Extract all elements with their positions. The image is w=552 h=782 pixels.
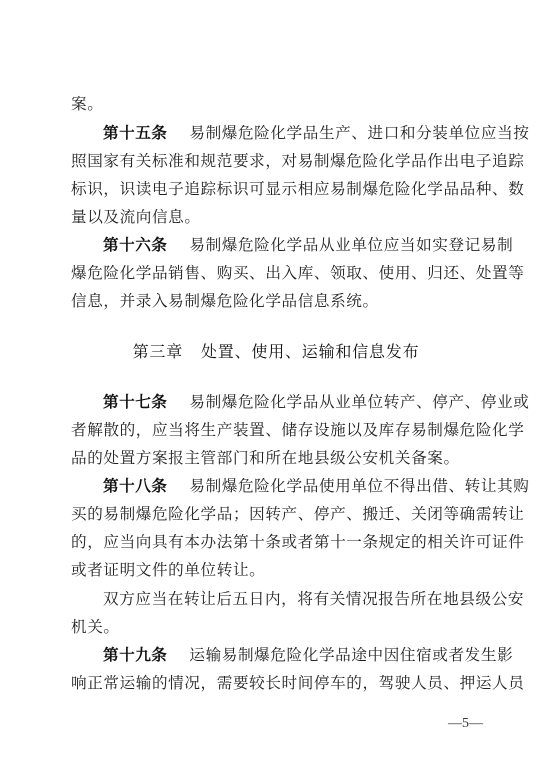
- article-18-line: 第十八条易制爆危险化学品使用单位不得出借、转让其购: [103, 475, 481, 497]
- article-17-line: 第十七条易制爆危险化学品从业单位转产、停产、停业或: [103, 391, 481, 413]
- line-text: 响正常运输的情况，需要较长时间停车的，驾驶人员、押运人员: [71, 674, 524, 692]
- text-line: 或者证明文件的单位转让。: [71, 559, 481, 581]
- text-line: 案。: [71, 93, 481, 115]
- line-text: 易制爆危险化学品从业单位应当如实登记易制: [189, 236, 513, 254]
- text-line: 信息，并录入易制爆危险化学品信息系统。: [71, 290, 481, 312]
- article-heading: 第十六条: [103, 236, 167, 254]
- article-19-line: 第十九条运输易制爆危险化学品途中因住宿或者发生影: [103, 644, 481, 666]
- article-heading: 第十九条: [103, 646, 167, 664]
- article-heading: 第十七条: [103, 393, 167, 411]
- line-text: 双方应当在转让后五日内，将有关情况报告所在地县级公安: [103, 590, 524, 608]
- text-line: 爆危险化学品销售、购买、出入库、领取、使用、归还、处置等: [71, 262, 481, 284]
- line-text: 照国家有关标准和规范要求，对易制爆危险化学品作出电子追踪: [71, 152, 524, 170]
- line-text: 信息，并录入易制爆危险化学品信息系统。: [71, 292, 379, 310]
- text-line: 双方应当在转让后五日内，将有关情况报告所在地县级公安: [103, 588, 481, 610]
- line-text: 爆危险化学品销售、购买、出入库、领取、使用、归还、处置等: [71, 264, 524, 282]
- line-text: 的，应当向具有本办法第十条或者第十一条规定的相关许可证件: [71, 533, 524, 551]
- text-line: 买的易制爆危险化学品；因转产、停产、搬迁、关闭等确需转让: [71, 503, 481, 525]
- article-heading: 第十八条: [103, 477, 167, 495]
- document-page: 案。 第十五条易制爆危险化学品生产、进口和分装单位应当按 照国家有关标准和规范要…: [0, 0, 552, 782]
- line-text: 品的处置方案报主管部门和所在地县级公安机关备案。: [71, 449, 460, 467]
- page-number: —5—: [448, 716, 483, 732]
- line-text: 买的易制爆危险化学品；因转产、停产、搬迁、关闭等确需转让: [71, 505, 524, 523]
- line-text: 机关。: [71, 618, 120, 636]
- chapter-heading: 第三章处置、使用、运输和信息发布: [0, 339, 552, 362]
- text-line: 机关。: [71, 616, 481, 638]
- line-text: 易制爆危险化学品使用单位不得出借、转让其购: [189, 477, 529, 495]
- text-line: 品的处置方案报主管部门和所在地县级公安机关备案。: [71, 447, 481, 469]
- line-text: 者解散的，应当将生产装置、储存设施以及库存易制爆危险化学: [71, 421, 524, 439]
- text-line: 的，应当向具有本办法第十条或者第十一条规定的相关许可证件: [71, 531, 481, 553]
- text-line: 响正常运输的情况，需要较长时间停车的，驾驶人员、押运人员: [71, 672, 481, 694]
- line-text: 案。: [71, 95, 103, 113]
- text-line: 量以及流向信息。: [71, 206, 481, 228]
- chapter-number: 第三章: [133, 342, 183, 361]
- article-15-line: 第十五条易制爆危险化学品生产、进口和分装单位应当按: [103, 122, 481, 144]
- line-text: 易制爆危险化学品从业单位转产、停产、停业或: [189, 393, 529, 411]
- chapter-title: 处置、使用、运输和信息发布: [201, 342, 419, 361]
- article-16-line: 第十六条易制爆危险化学品从业单位应当如实登记易制: [103, 234, 481, 256]
- line-text: 运输易制爆危险化学品途中因住宿或者发生影: [189, 646, 513, 664]
- line-text: 量以及流向信息。: [71, 208, 201, 226]
- line-text: 或者证明文件的单位转让。: [71, 561, 265, 579]
- line-text: 易制爆危险化学品生产、进口和分装单位应当按: [189, 124, 529, 142]
- article-heading: 第十五条: [103, 124, 167, 142]
- text-line: 标识，识读电子追踪标识可显示相应易制爆危险化学品品种、数: [71, 178, 481, 200]
- line-text: 标识，识读电子追踪标识可显示相应易制爆危险化学品品种、数: [71, 180, 524, 198]
- text-line: 照国家有关标准和规范要求，对易制爆危险化学品作出电子追踪: [71, 150, 481, 172]
- text-line: 者解散的，应当将生产装置、储存设施以及库存易制爆危险化学: [71, 419, 481, 441]
